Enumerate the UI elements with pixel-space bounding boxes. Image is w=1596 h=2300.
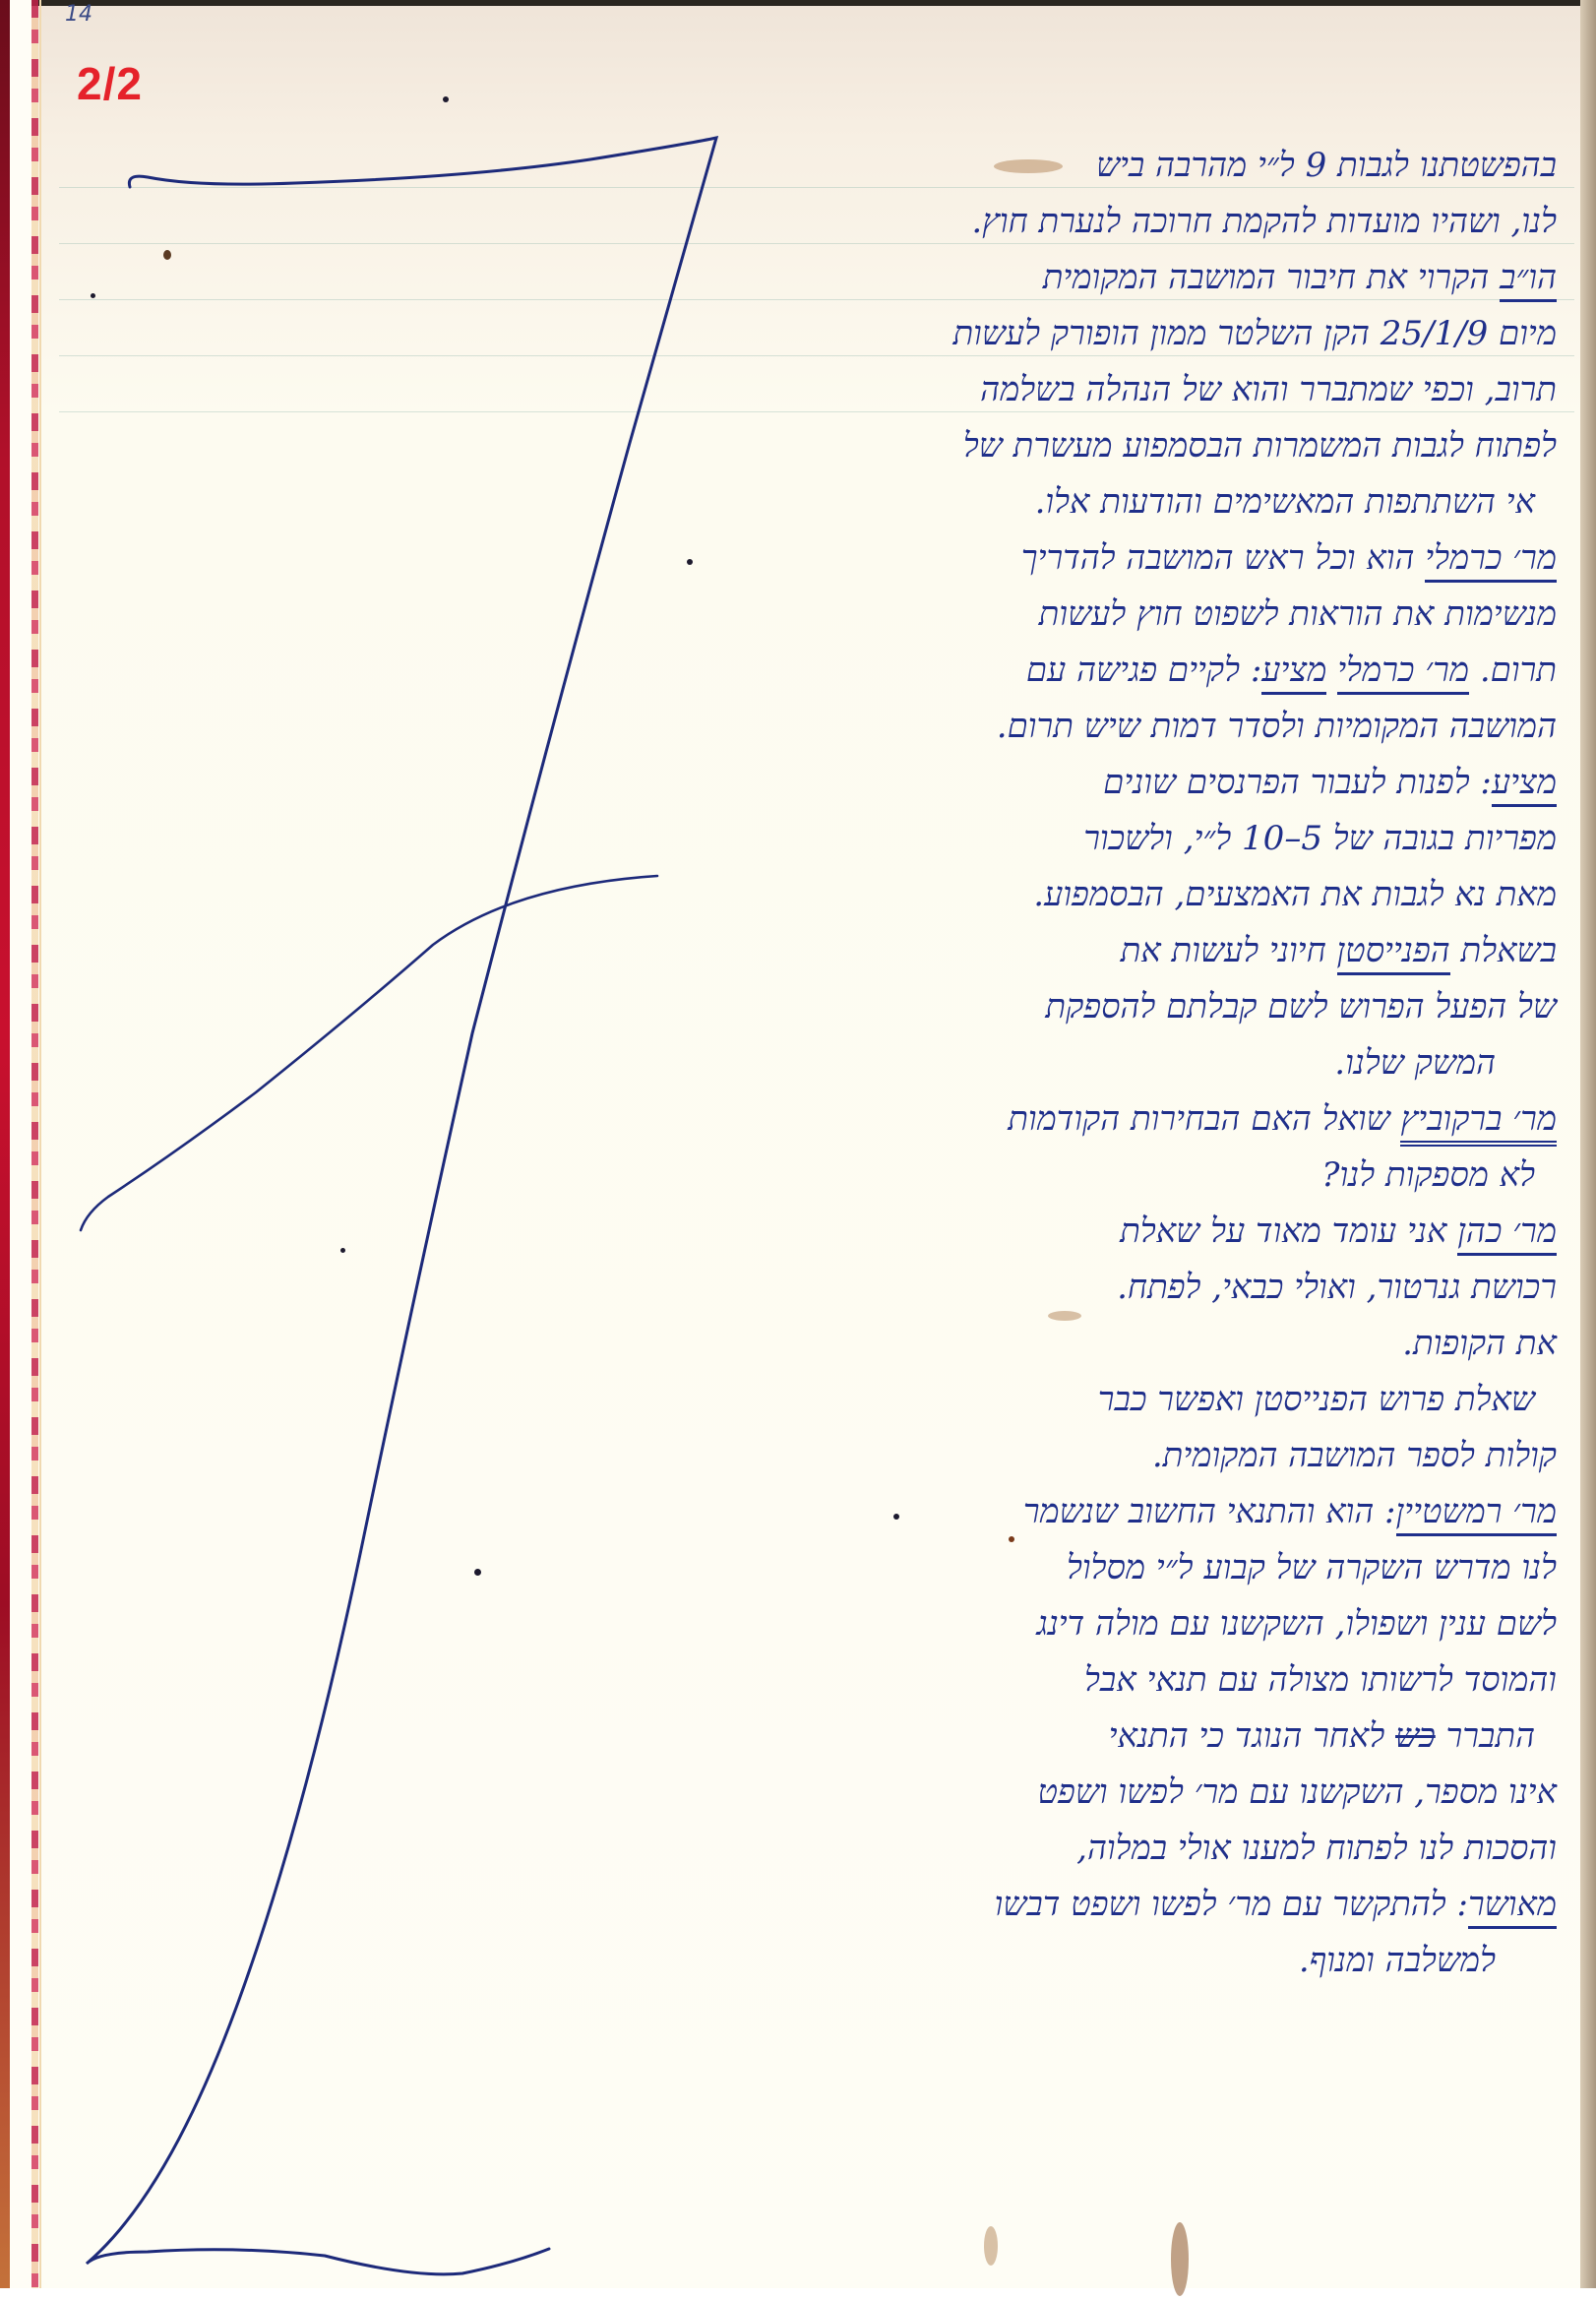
minutes-line-14: מאת נא לגבות את האמצעים, הבסמפוע. <box>827 867 1574 923</box>
line-text: והמוסד לרשותו מצולה עם תנאי אבל <box>1084 1660 1557 1700</box>
line-text: לאחר הנוגד כי התנאי <box>1109 1716 1395 1756</box>
line-text: של הפעל הפרוש לשם קבלתם להספקת <box>1045 987 1557 1026</box>
margin-rule <box>39 0 41 2293</box>
line-text: : הוא והתנאי החשוב שנשמר <box>1023 1492 1396 1531</box>
speaker-name: מר׳ רמשטיין <box>1396 1492 1557 1536</box>
minutes-line-16: של הפעל הפרוש לשם קבלתם להספקת <box>827 979 1574 1035</box>
ink-speck <box>163 250 171 260</box>
ink-speck <box>687 559 693 565</box>
scan-top-edge <box>0 0 1596 6</box>
handwritten-minutes: בהפשטתנו לגבות 9 ל״י מהרבה ביש לנו, ושהי… <box>827 138 1574 1989</box>
line-text: בהפשטתנו לגבות 9 ל״י מהרבה ביש <box>1096 146 1557 185</box>
minutes-line-9: מנשימות את הוראות לשפוט חוץ לעשות <box>827 587 1574 643</box>
line-text: תרום. <box>1469 651 1557 690</box>
minutes-line-30: אינו מספר, השקשנו עם מר׳ לפשו ושפט <box>827 1765 1574 1821</box>
page-label: 2/2 <box>77 57 143 110</box>
line-text: רכושת גנרטור, ואולי כבאי, לפתח. <box>1117 1268 1557 1307</box>
line-text: מאת נא לגבות את האמצעים, הבסמפוע. <box>1033 875 1557 914</box>
minutes-line-22: את הקופות. <box>827 1316 1574 1372</box>
ink-speck <box>474 1569 481 1576</box>
speaker-name: הו״ב <box>1500 258 1557 302</box>
minutes-line-18: מר׳ ברקוביץ שואל האם הבחירות הקודמות <box>827 1091 1574 1148</box>
minutes-line-7: אי השתתפות המאשימים והודעות אלו. <box>827 474 1574 530</box>
line-text: מפריות בגובה של 5–10 ל״י, ולשכור <box>1083 819 1557 858</box>
scanned-page: 14 2/2 בהפשטתנו לגבות 9 ל״י מהרבה ביש לנ… <box>0 0 1596 2300</box>
line-text: : לפנות לעבור הפרנסים שונים <box>1103 763 1492 802</box>
struck-out-word: כש <box>1395 1716 1436 1756</box>
line-text: אי השתתפות המאשימים והודעות אלו. <box>1035 482 1535 522</box>
minutes-line-21: רכושת גנרטור, ואולי כבאי, לפתח. <box>827 1260 1574 1316</box>
line-text: לשם ענין ושפולו, השקשנו עם מולה דינג <box>1036 1604 1557 1644</box>
line-text: לפתוח לגבות המשמרות הבסמפוע מעשרת של <box>963 426 1557 466</box>
line-text: הוא וכל ראש המושבה להדריך <box>1021 538 1425 578</box>
line-text: מנשימות את הוראות לשפוט חוץ לעשות <box>1039 594 1557 634</box>
minutes-line-13: מפריות בגובה של 5–10 ל״י, ולשכור <box>827 811 1574 867</box>
minutes-line-23: שאלת פרוש הפנייסטן ואפשר כבר <box>827 1372 1574 1428</box>
minutes-line-11: המושבה המקומיות ולסדר דמות שיש תרום. <box>827 699 1574 755</box>
speaker-name: מר׳ כרמלי <box>1425 538 1557 583</box>
line-text: אני עומד מאוד על שאלת <box>1120 1212 1457 1251</box>
minutes-line-8: מר׳ כרמלי הוא וכל ראש המושבה להדריך <box>827 530 1574 587</box>
line-text: והסכות לנו לפתוח למענו אולי במלוה, <box>1076 1829 1557 1868</box>
binding-margin-stripe <box>31 0 38 2293</box>
minutes-line-31: והסכות לנו לפתוח למענו אולי במלוה, <box>827 1821 1574 1877</box>
paper-stain <box>1171 2222 1189 2296</box>
corner-page-number: 14 <box>65 2 92 27</box>
line-text: לנו, ושהיו מועדות להקמת חרוכה לנערת חוץ. <box>971 202 1557 241</box>
line-text: לא מספקות לנו? <box>1321 1155 1535 1195</box>
binding-red-edge <box>0 0 10 2293</box>
cross-out-diagonal-stroke <box>81 876 657 1230</box>
minutes-line-26: לנו מדרש השקרה של קבוע ל״י מסלול <box>827 1540 1574 1596</box>
scan-right-edge <box>1580 0 1596 2293</box>
minutes-line-32: מאושר: להתקשר עם מר׳ לפשו ושפט דבשו <box>827 1877 1574 1933</box>
line-text: חיוני לעשות את <box>1121 931 1337 970</box>
minutes-line-1: בהפשטתנו לגבות 9 ל״י מהרבה ביש <box>827 138 1574 194</box>
line-text: התברר <box>1436 1716 1535 1756</box>
minutes-line-3: הו״ב הקרוי את חיבור המושבה המקומית <box>827 250 1574 306</box>
binding-gap <box>10 0 31 2293</box>
line-text: : לקיים פגישה עם <box>1026 651 1261 690</box>
minutes-line-4: מיום 25/1/9 הקן השלטר ממון הופורק לעשות <box>827 306 1574 362</box>
line-text: המושבה המקומיות ולסדר דמות שיש תרום. <box>997 707 1557 746</box>
minutes-line-20: מר׳ כהן אני עומד מאוד על שאלת <box>827 1204 1574 1260</box>
minutes-line-28: והמוסד לרשותו מצולה עם תנאי אבל <box>827 1652 1574 1709</box>
minutes-line-17: המשק שלנו. <box>827 1035 1574 1091</box>
minutes-line-5: תרוב, וכפי שמתברר והוא של הנהלה בשלמה <box>827 362 1574 418</box>
minutes-line-15: בשאלת הפנייסטן חיוני לעשות את <box>827 923 1574 979</box>
minutes-line-33: למשלבה ומנוף. <box>827 1933 1574 1989</box>
line-text: שואל האם הבחירות הקודמות <box>1008 1099 1400 1139</box>
scan-bottom-edge <box>0 2288 1596 2300</box>
ink-speck <box>340 1248 345 1253</box>
speaker-name: מר׳ כהן <box>1457 1212 1557 1256</box>
minutes-line-19: לא מספקות לנו? <box>827 1148 1574 1204</box>
line-text: לנו מדרש השקרה של קבוע ל״י מסלול <box>1067 1548 1557 1587</box>
line-text: הקרוי את חיבור המושבה המקומית <box>1043 258 1500 297</box>
line-text: המשק שלנו. <box>1334 1043 1496 1083</box>
minutes-line-6: לפתוח לגבות המשמרות הבסמפוע מעשרת של <box>827 418 1574 474</box>
motion-label: מציע <box>1261 651 1326 695</box>
motion-label: מציע <box>1492 763 1557 807</box>
speaker-name: מר׳ ברקוביץ <box>1400 1099 1557 1147</box>
resolution-label: מאושר <box>1468 1885 1557 1929</box>
cross-out-main-stroke <box>87 138 716 2274</box>
minutes-line-10: תרום. מר׳ כרמלי מציע: לקיים פגישה עם <box>827 643 1574 699</box>
line-text: מיום 25/1/9 הקן השלטר ממון הופורק לעשות <box>952 314 1557 353</box>
minutes-line-27: לשם ענין ושפולו, השקשנו עם מולה דינג <box>827 1596 1574 1652</box>
line-text: בשאלת <box>1450 931 1557 970</box>
minutes-line-24: קולות לספר המושבה המקומית. <box>827 1428 1574 1484</box>
speaker-name: מר׳ כרמלי <box>1337 651 1469 695</box>
line-text: שאלת פרוש הפנייסטן ואפשר כבר <box>1098 1380 1535 1419</box>
minutes-line-29: התברר כש לאחר הנוגד כי התנאי <box>827 1709 1574 1765</box>
ink-speck <box>443 96 449 102</box>
ink-speck <box>91 293 95 298</box>
line-text: תרוב, וכפי שמתברר והוא של הנהלה בשלמה <box>980 370 1557 409</box>
underlined-term: הפנייסטן <box>1337 931 1450 975</box>
line-text: אינו מספר, השקשנו עם מר׳ לפשו ושפט <box>1037 1772 1557 1812</box>
line-text: את הקופות. <box>1402 1324 1557 1363</box>
minutes-line-2: לנו, ושהיו מועדות להקמת חרוכה לנערת חוץ. <box>827 194 1574 250</box>
minutes-line-12: מציע: לפנות לעבור הפרנסים שונים <box>827 755 1574 811</box>
minutes-line-25: מר׳ רמשטיין: הוא והתנאי החשוב שנשמר <box>827 1484 1574 1540</box>
paper-stain <box>984 2226 998 2266</box>
line-text: למשלבה ומנוף. <box>1299 1941 1496 1980</box>
line-text: : להתקשר עם מר׳ לפשו ושפט דבשו <box>995 1885 1468 1924</box>
line-text: קולות לספר המושבה המקומית. <box>1152 1436 1557 1475</box>
